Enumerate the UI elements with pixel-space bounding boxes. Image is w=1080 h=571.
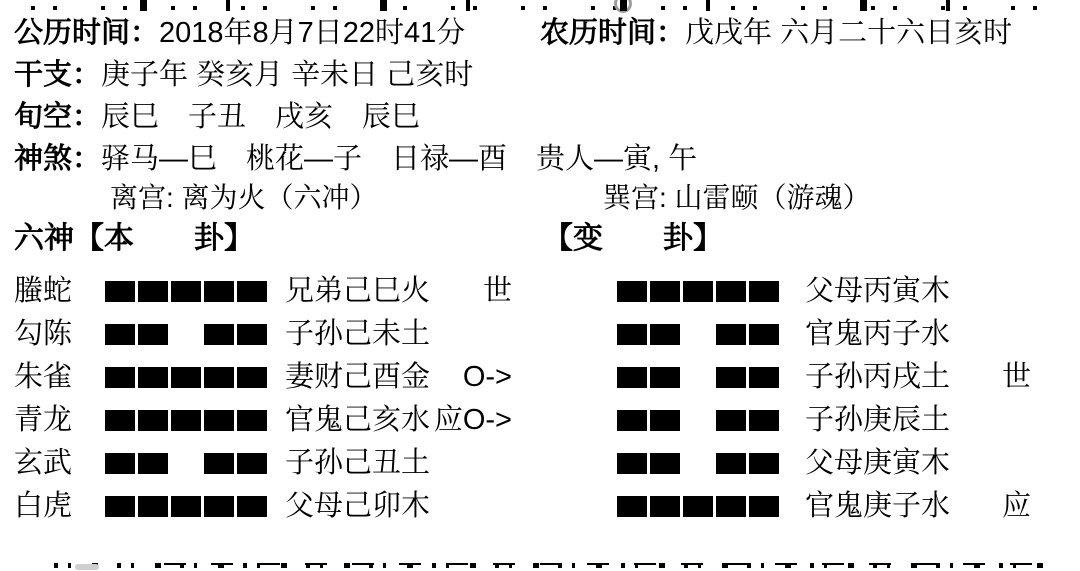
hexagram-row-2: 玄武 子孙己丑土 父母庚寅木 [0, 442, 1080, 485]
ben-marker-cell: 世 [330, 270, 512, 313]
ben-yao-line [105, 281, 267, 302]
changed-hexagram-header: 【变 卦】 [543, 216, 723, 262]
six-god-label: 勾陈 [14, 313, 72, 356]
ben-line-text: 父母己卯木 [285, 485, 430, 528]
bian-yao-line [617, 367, 779, 388]
bian-yao-line [617, 324, 779, 345]
bian-shi-ying-marker: 世 [1002, 356, 1031, 399]
six-god-label: 螣蛇 [14, 270, 72, 313]
info-block: 公历时间：2018年8月7日22时41分 农历时间：戊戌年 六月二十六日亥时 干… [0, 12, 1080, 262]
moving-line-indicator: O-> [463, 361, 512, 393]
shensha-label: 神煞： [14, 143, 101, 175]
bian-yao-line [617, 410, 779, 431]
xunkong-value: 辰巳 子丑 戌亥 辰巳 [101, 101, 420, 133]
liuyao-chart-screen: { "meta": { "bg_color": "#ffffff", "text… [0, 0, 1080, 571]
shi-ying-marker: 世 [483, 275, 512, 307]
xunkong-line: 旬空：辰巳 子丑 戌亥 辰巳 [0, 96, 1080, 138]
ben-yao-line [105, 453, 267, 474]
main-palace: 离宫: 离为火（六冲） [110, 180, 378, 216]
ben-line-text: 子孙己未土 [285, 313, 430, 356]
lunar-time-value: 戊戌年 六月二十六日亥时 [685, 17, 1012, 49]
clipped-text-top-fragments [14, 0, 1066, 11]
hexagram-row-5: 勾陈 子孙己未土 官鬼丙子水 [0, 313, 1080, 356]
ben-yao-line [105, 496, 267, 517]
ben-yao-line [105, 410, 267, 431]
shensha-line: 神煞：驿马—巳 桃花—子 日禄—酉 贵人—寅, 午 [0, 138, 1080, 180]
ganzhi-line: 干支：庚子年 癸亥月 辛未日 己亥时 [0, 54, 1080, 96]
ganzhi-value: 庚子年 癸亥月 辛未日 己亥时 [101, 59, 473, 91]
solar-time-label: 公历时间： [14, 17, 159, 49]
solar-time-value: 2018年8月7日22时41分 [159, 17, 465, 49]
bian-line-text: 官鬼庚子水 [805, 485, 950, 528]
six-god-label: 玄武 [14, 442, 72, 485]
time-line: 公历时间：2018年8月7日22时41分 农历时间：戊戌年 六月二十六日亥时 [0, 12, 1080, 54]
palace-line: 离宫: 离为火（六冲） 巽宫: 山雷颐（游魂） [0, 180, 1080, 216]
changed-palace: 巽宫: 山雷颐（游魂） [603, 180, 871, 216]
six-god-label: 白虎 [14, 485, 72, 528]
clipped-gray-fragment [75, 564, 99, 570]
hexagram-row-6: 螣蛇 兄弟己巳火 世 父母丙寅木 [0, 270, 1080, 313]
hexagram-rows: 螣蛇 兄弟己巳火 世 父母丙寅木 勾陈 子孙己未土 官鬼丙子水 朱雀 妻财己酉金… [0, 270, 1080, 528]
section-headers: 六神【本 卦】 【变 卦】 [0, 216, 1080, 262]
hexagram-row-4: 朱雀 妻财己酉金 O-> 子孙丙戌土 世 [0, 356, 1080, 399]
lunar-time-label: 农历时间： [540, 17, 685, 49]
bian-shi-ying-marker: 应 [1002, 485, 1031, 528]
lunar-time: 农历时间：戊戌年 六月二十六日亥时 [540, 12, 1012, 54]
ganzhi-label: 干支： [14, 59, 101, 91]
bian-line-text: 子孙丙戌土 [805, 356, 950, 399]
bian-line-text: 子孙庚辰土 [805, 399, 950, 442]
moving-line-indicator: O-> [463, 404, 512, 436]
six-god-label: 青龙 [14, 399, 72, 442]
xunkong-label: 旬空： [14, 101, 101, 133]
ben-marker-cell: O-> [330, 356, 512, 399]
bian-line-text: 父母庚寅木 [805, 442, 950, 485]
bian-yao-line [617, 496, 779, 517]
bian-line-text: 官鬼丙子水 [805, 313, 950, 356]
bian-yao-line [617, 453, 779, 474]
ben-marker-cell: 应O-> [330, 399, 512, 442]
bian-yao-line [617, 281, 779, 302]
bian-line-text: 父母丙寅木 [805, 270, 950, 313]
shi-ying-marker: 应 [434, 404, 463, 436]
shensha-value: 驿马—巳 桃花—子 日禄—酉 贵人—寅, 午 [101, 143, 697, 175]
ben-line-text: 子孙己丑土 [285, 442, 430, 485]
ben-yao-line [105, 367, 267, 388]
original-hexagram-header: 六神【本 卦】 [14, 216, 254, 262]
hexagram-row-1: 白虎 父母己卯木 官鬼庚子水 应 [0, 485, 1080, 528]
six-god-label: 朱雀 [14, 356, 72, 399]
hexagram-row-3: 青龙 官鬼己亥水 应O-> 子孙庚辰土 [0, 399, 1080, 442]
clipped-text-bottom-fragments [54, 563, 1056, 571]
ben-yao-line [105, 324, 267, 345]
